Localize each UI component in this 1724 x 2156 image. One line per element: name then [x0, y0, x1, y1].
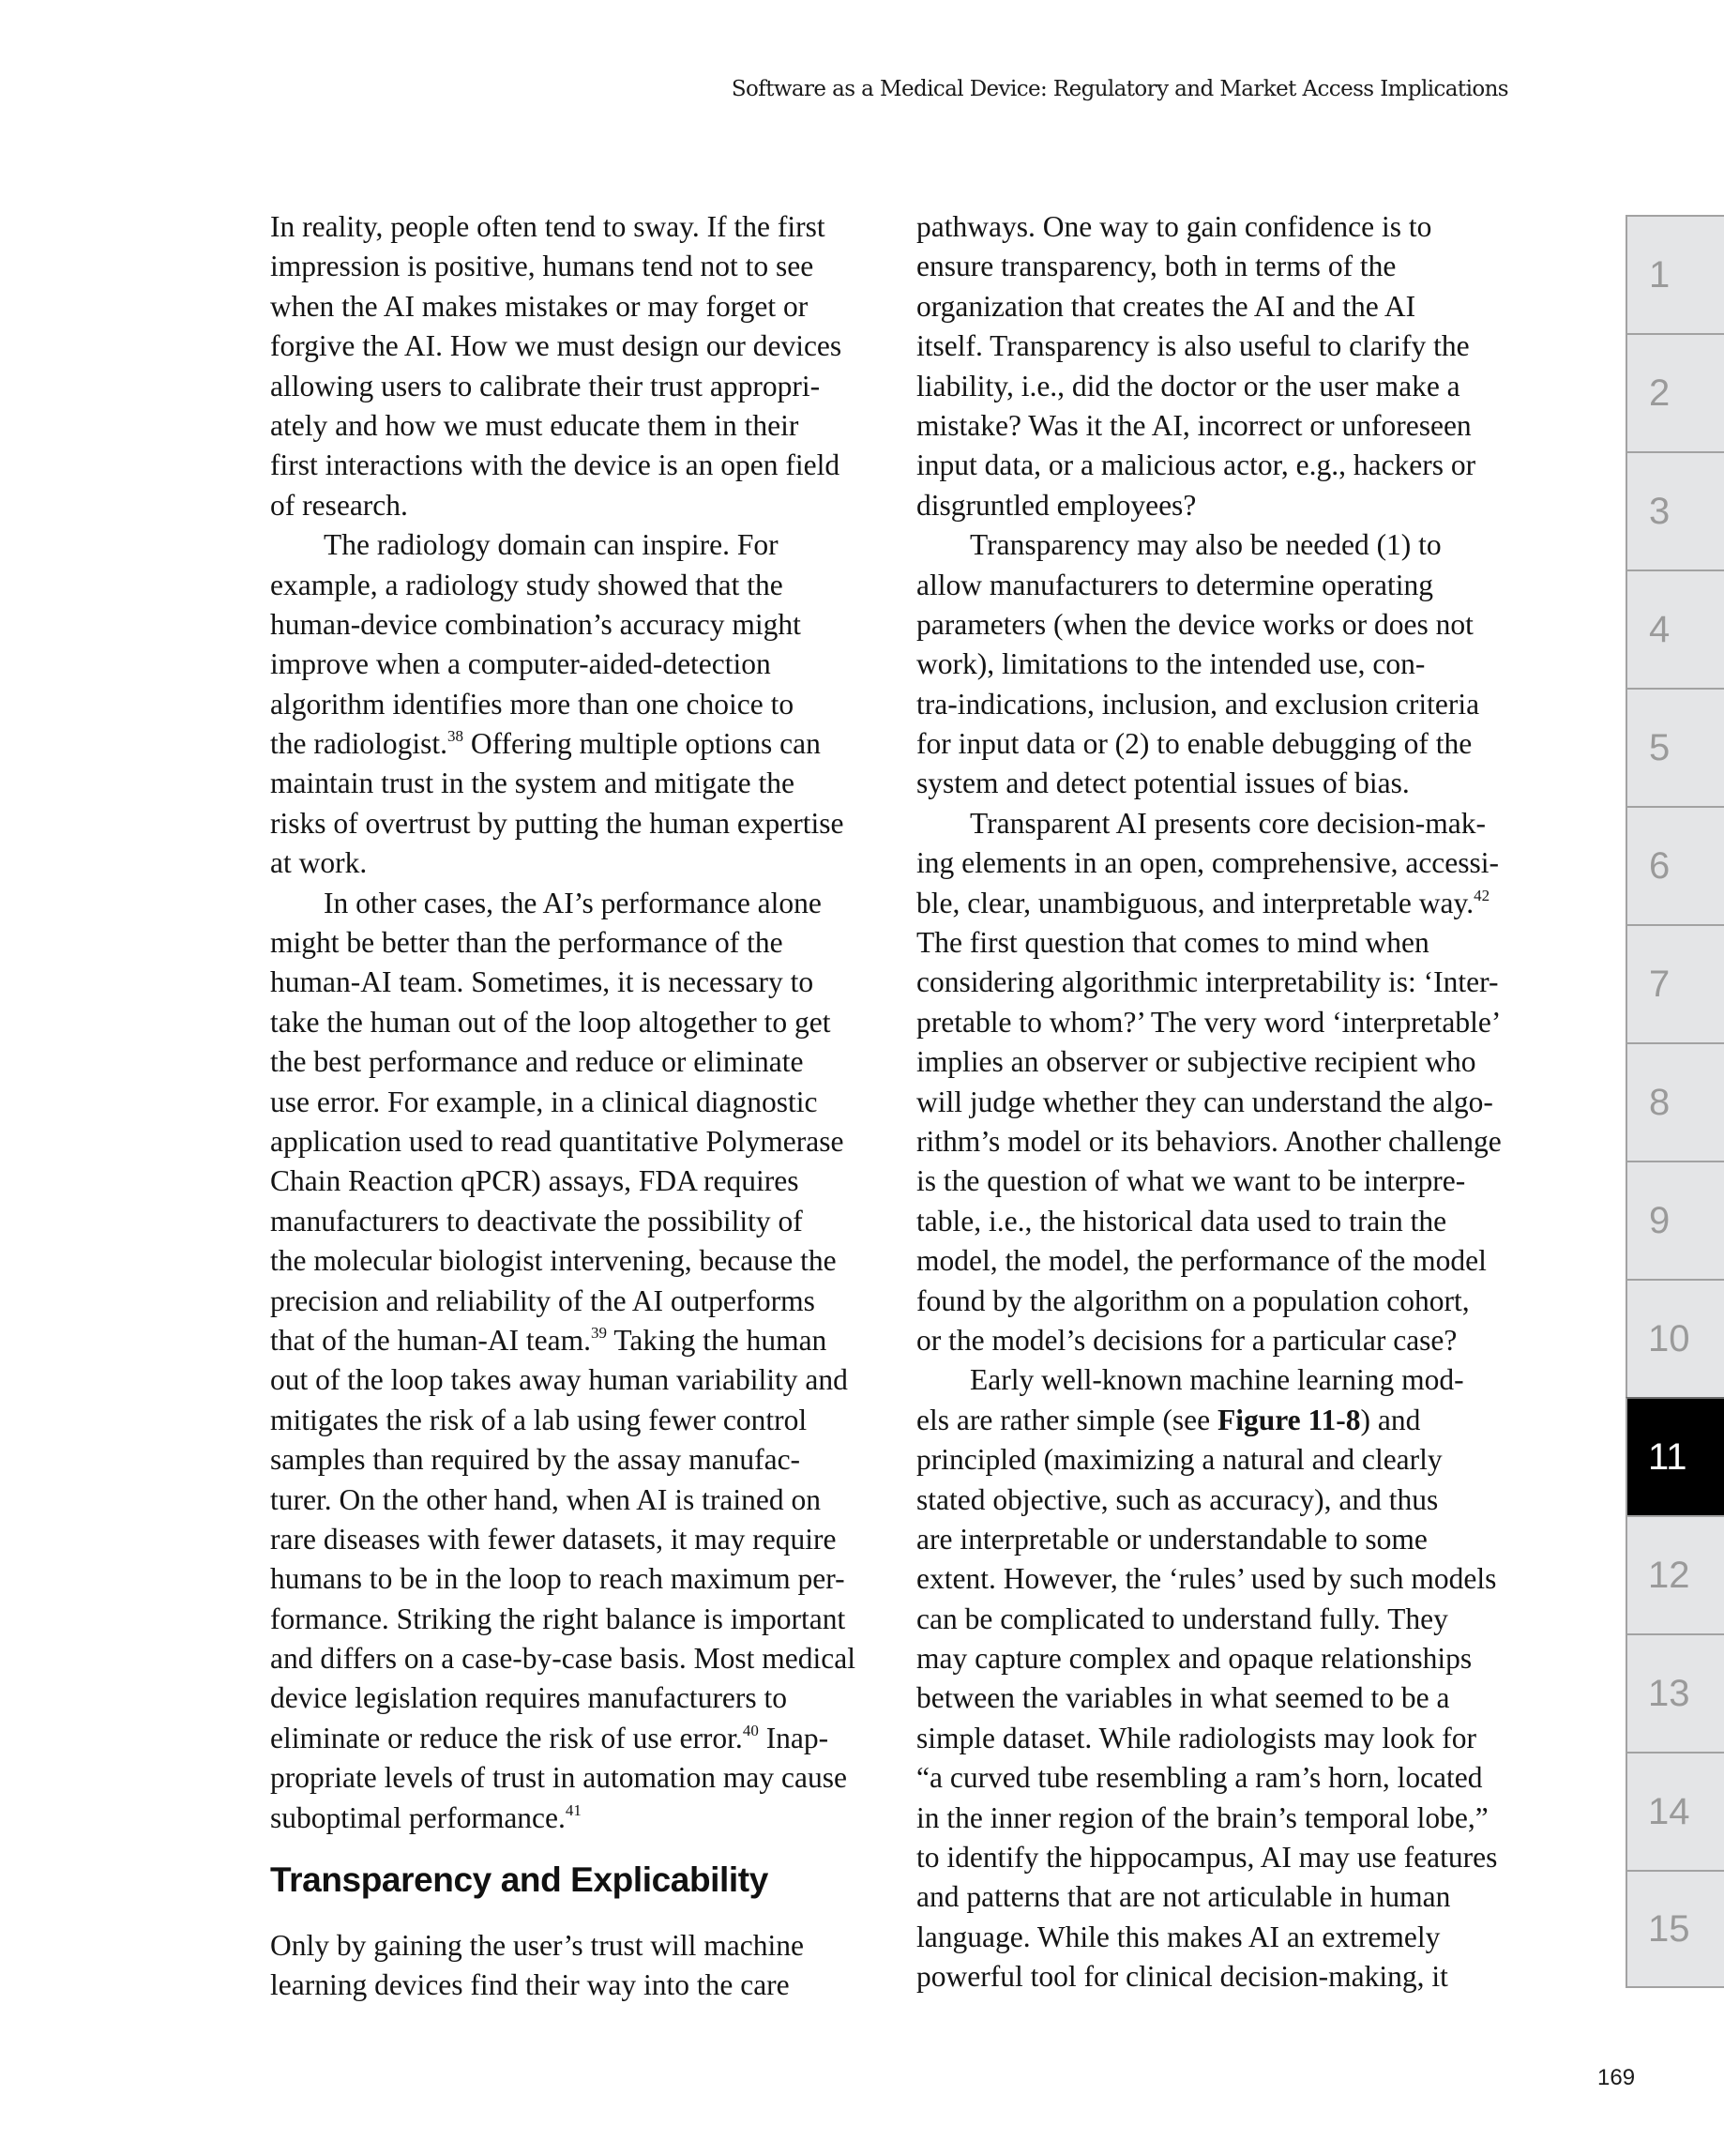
chapter-tab-label: 12: [1648, 1555, 1690, 1597]
text-line: or the model’s decisions for a particula…: [916, 1321, 1517, 1360]
text-line: between the variables in what seemed to …: [916, 1678, 1517, 1718]
text-line: may capture complex and opaque relations…: [916, 1639, 1517, 1678]
chapter-tab-label: 11: [1648, 1436, 1687, 1479]
footnote-reference[interactable]: 38: [447, 727, 463, 745]
footnote-reference[interactable]: 42: [1474, 887, 1490, 904]
text-line: is the question of what we want to be in…: [916, 1162, 1517, 1201]
text-line: table, i.e., the historical data used to…: [916, 1202, 1517, 1241]
chapter-tab-13[interactable]: 13: [1626, 1633, 1724, 1752]
text-line: powerful tool for clinical decision-maki…: [916, 1957, 1517, 1997]
figure-reference: Figure 11-8: [1217, 1404, 1361, 1436]
footnote-reference[interactable]: 41: [566, 1801, 582, 1819]
text-line: found by the algorithm on a population c…: [916, 1282, 1517, 1321]
text-line: precision and reliability of the AI outp…: [270, 1282, 870, 1321]
chapter-tab-7[interactable]: 7: [1626, 924, 1724, 1042]
text-line: and patterns that are not articulable in…: [916, 1877, 1517, 1917]
chapter-tab-label: 15: [1648, 1908, 1690, 1951]
chapter-tab-11[interactable]: 11: [1626, 1397, 1724, 1515]
text-line: might be better than the performance of …: [270, 923, 870, 963]
chapter-tab-label: 14: [1648, 1791, 1690, 1833]
footnote-reference[interactable]: 39: [591, 1324, 607, 1342]
text-line: Transparent AI presents core decision-ma…: [916, 804, 1517, 843]
text-line: algorithm identifies more than one choic…: [270, 685, 870, 724]
section-heading: Transparency and Explicability: [270, 1858, 870, 1903]
chapter-tab-5[interactable]: 5: [1626, 688, 1724, 806]
chapter-tab-label: 6: [1649, 845, 1670, 888]
text-line: pathways. One way to gain confidence is …: [916, 207, 1517, 247]
text-line: Chain Reaction qPCR) assays, FDA require…: [270, 1162, 870, 1201]
text-line: simple dataset. While radiologists may l…: [916, 1719, 1517, 1758]
text-line: risks of overtrust by putting the human …: [270, 804, 870, 843]
text-line: the molecular biologist intervening, bec…: [270, 1241, 870, 1281]
text-line: of research.: [270, 486, 870, 525]
text-line: to identify the hippocampus, AI may use …: [916, 1838, 1517, 1877]
text-line: will judge whether they can understand t…: [916, 1083, 1517, 1122]
text-line: ble, clear, unambiguous, and interpretab…: [916, 884, 1517, 923]
text-line: when the AI makes mistakes or may forget…: [270, 287, 870, 326]
text-line: the radiologist.38 Offering multiple opt…: [270, 724, 870, 764]
text-line: example, a radiology study showed that t…: [270, 566, 870, 605]
text-line: The first question that comes to mind wh…: [916, 923, 1517, 963]
footnote-reference[interactable]: 40: [743, 1722, 759, 1739]
text-line: considering algorithmic interpretability…: [916, 963, 1517, 1002]
text-line: ately and how we must educate them in th…: [270, 406, 870, 446]
text-line: implies an observer or subjective recipi…: [916, 1042, 1517, 1082]
text-line: mitigates the risk of a lab using fewer …: [270, 1401, 870, 1440]
text-line: input data, or a malicious actor, e.g., …: [916, 446, 1517, 485]
text-line: formance. Striking the right balance is …: [270, 1600, 870, 1639]
chapter-tab-9[interactable]: 9: [1626, 1161, 1724, 1279]
text-line: tra-indications, inclusion, and exclusio…: [916, 685, 1517, 724]
chapter-tab-label: 2: [1649, 372, 1670, 415]
text-line: improve when a computer-aided-detection: [270, 645, 870, 684]
text-line: itself. Transparency is also useful to c…: [916, 326, 1517, 366]
text-line: parameters (when the device works or doe…: [916, 605, 1517, 645]
text-fragment: Inap-: [759, 1722, 828, 1754]
text-line: maintain trust in the system and mitigat…: [270, 764, 870, 803]
text-fragment: Offering multiple options can: [463, 727, 821, 760]
text-line: human-device combination’s accuracy migh…: [270, 605, 870, 645]
text-fragment: eliminate or reduce the risk of use erro…: [270, 1722, 743, 1754]
chapter-tab-1[interactable]: 1: [1626, 215, 1724, 333]
text-line: ing elements in an open, comprehensive, …: [916, 843, 1517, 883]
text-line: liability, i.e., did the doctor or the u…: [916, 367, 1517, 406]
chapter-tab-label: 3: [1649, 491, 1670, 533]
chapter-tab-label: 1: [1649, 254, 1670, 296]
chapter-tab-4[interactable]: 4: [1626, 569, 1724, 688]
page-number: 169: [1597, 2065, 1635, 2091]
chapter-tab-15[interactable]: 15: [1626, 1870, 1724, 1988]
chapter-tab-label: 7: [1649, 964, 1670, 1006]
text-fragment: the radiologist.: [270, 727, 447, 760]
text-fragment: Taking the human: [607, 1324, 826, 1357]
text-line: impression is positive, humans tend not …: [270, 247, 870, 286]
chapter-tab-label: 13: [1648, 1673, 1690, 1715]
chapter-tab-2[interactable]: 2: [1626, 333, 1724, 451]
text-line: mistake? Was it the AI, incorrect or unf…: [916, 406, 1517, 446]
chapter-tab-12[interactable]: 12: [1626, 1515, 1724, 1633]
text-line: in the inner region of the brain’s tempo…: [916, 1799, 1517, 1838]
running-header: Software as a Medical Device: Regulatory…: [732, 77, 1508, 101]
chapter-tab-10[interactable]: 10: [1626, 1279, 1724, 1397]
text-line: device legislation requires manufacturer…: [270, 1678, 870, 1718]
chapter-tab-label: 4: [1649, 609, 1670, 651]
text-line: manufacturers to deactivate the possibil…: [270, 1202, 870, 1241]
text-line: rithm’s model or its behaviors. Another …: [916, 1122, 1517, 1162]
text-line: propriate levels of trust in automation …: [270, 1758, 870, 1798]
text-line: eliminate or reduce the risk of use erro…: [270, 1719, 870, 1758]
text-line: for input data or (2) to enable debuggin…: [916, 724, 1517, 764]
text-line: use error. For example, in a clinical di…: [270, 1083, 870, 1122]
text-line: els are rather simple (see Figure 11-8) …: [916, 1401, 1517, 1440]
text-line: human-AI team. Sometimes, it is necessar…: [270, 963, 870, 1002]
text-line: The radiology domain can inspire. For: [270, 525, 870, 565]
text-line: forgive the AI. How we must design our d…: [270, 326, 870, 366]
text-line: organization that creates the AI and the…: [916, 287, 1517, 326]
text-line: that of the human-AI team.39 Taking the …: [270, 1321, 870, 1360]
text-line: humans to be in the loop to reach maximu…: [270, 1559, 870, 1599]
text-line: at work.: [270, 843, 870, 883]
text-line: model, the model, the performance of the…: [916, 1241, 1517, 1281]
text-line: extent. However, the ‘rules’ used by suc…: [916, 1559, 1517, 1599]
text-line: turer. On the other hand, when AI is tra…: [270, 1480, 870, 1520]
text-line: the best performance and reduce or elimi…: [270, 1042, 870, 1082]
text-line: principled (maximizing a natural and cle…: [916, 1440, 1517, 1480]
text-line: stated objective, such as accuracy), and…: [916, 1480, 1517, 1520]
chapter-tab-6[interactable]: 6: [1626, 806, 1724, 924]
text-fragment: ) and: [1361, 1404, 1421, 1436]
text-line: allowing users to calibrate their trust …: [270, 367, 870, 406]
text-line: Only by gaining the user’s trust will ma…: [270, 1926, 870, 1966]
text-line: In other cases, the AI’s performance alo…: [270, 884, 870, 923]
text-line: learning devices find their way into the…: [270, 1966, 870, 2005]
chapter-tab-label: 10: [1648, 1318, 1690, 1360]
text-line: out of the loop takes away human variabi…: [270, 1360, 870, 1400]
chapter-tab-label: 9: [1649, 1200, 1670, 1242]
text-line: allow manufacturers to determine operati…: [916, 566, 1517, 605]
text-line: work), limitations to the intended use, …: [916, 645, 1517, 684]
text-line: take the human out of the loop altogethe…: [270, 1003, 870, 1042]
text-line: Transparency may also be needed (1) to: [916, 525, 1517, 565]
chapter-tab-3[interactable]: 3: [1626, 451, 1724, 569]
text-line: “a curved tube resembling a ram’s horn, …: [916, 1758, 1517, 1798]
text-line: language. While this makes AI an extreme…: [916, 1918, 1517, 1957]
chapter-tabs: 123456789101112131415: [1626, 215, 1724, 1988]
text-line: ensure transparency, both in terms of th…: [916, 247, 1517, 286]
chapter-tab-label: 8: [1649, 1082, 1670, 1124]
text-fragment: that of the human-AI team.: [270, 1324, 591, 1357]
text-fragment: ble, clear, unambiguous, and interpretab…: [916, 887, 1474, 919]
chapter-tab-label: 5: [1649, 727, 1670, 769]
chapter-tab-14[interactable]: 14: [1626, 1752, 1724, 1870]
text-line: and differs on a case-by-case basis. Mos…: [270, 1639, 870, 1678]
text-line: can be complicated to understand fully. …: [916, 1600, 1517, 1639]
text-line: are interpretable or understandable to s…: [916, 1520, 1517, 1559]
text-line: rare diseases with fewer datasets, it ma…: [270, 1520, 870, 1559]
chapter-tab-8[interactable]: 8: [1626, 1042, 1724, 1161]
text-line: system and detect potential issues of bi…: [916, 764, 1517, 803]
right-column: pathways. One way to gain confidence is …: [916, 207, 1517, 1997]
text-line: pretable to whom?’ The very word ‘interp…: [916, 1003, 1517, 1042]
text-fragment: els are rather simple (see: [916, 1404, 1217, 1436]
text-line: first interactions with the device is an…: [270, 446, 870, 485]
text-line: suboptimal performance.41: [270, 1799, 870, 1838]
text-line: application used to read quantitative Po…: [270, 1122, 870, 1162]
text-fragment: suboptimal performance.: [270, 1801, 566, 1834]
text-line: Early well-known machine learning mod-: [916, 1360, 1517, 1400]
text-line: samples than required by the assay manuf…: [270, 1440, 870, 1480]
text-line: disgruntled employees?: [916, 486, 1517, 525]
text-line: In reality, people often tend to sway. I…: [270, 207, 870, 247]
left-column: In reality, people often tend to sway. I…: [270, 207, 870, 2006]
